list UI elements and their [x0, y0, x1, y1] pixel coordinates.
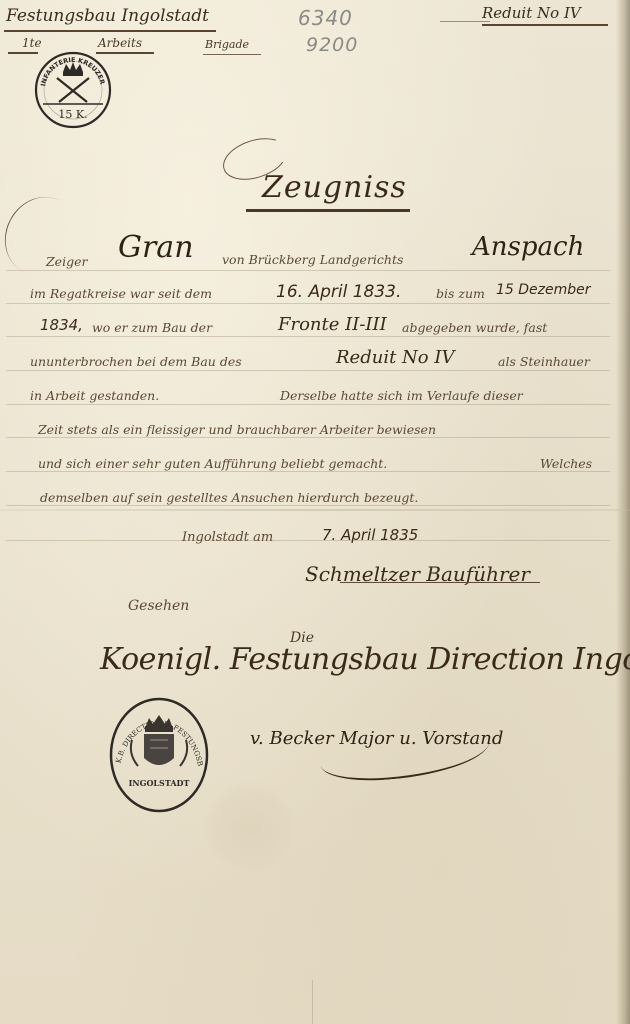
seen-note: Gesehen [128, 598, 189, 614]
body-text: und sich einer sehr guten Aufführung bel… [38, 456, 387, 471]
tax-stamp: INFANTERIE KREUZER 15 K. [33, 50, 113, 130]
document-page: Festungsbau Ingolstadt 1te Arbeits Briga… [0, 0, 630, 1024]
ruled-line [6, 505, 610, 506]
issue-date: 7. April 1835 [322, 526, 418, 544]
crowned-coat-of-arms-icon: K.B. DIRECTION D. FESTUNGSBAUES INGOLSTA… [108, 696, 210, 814]
pencil-number: 9200 [306, 34, 358, 56]
authority-name: Koenigl. Festungsbau Direction Ingolstad… [100, 642, 630, 677]
page-edge-shadow [616, 0, 630, 1024]
fronte-label: Fronte II-III [278, 314, 387, 335]
place-of-issue: Ingolstadt am [182, 530, 273, 545]
ruled-line [6, 437, 610, 438]
body-text: Zeiger [46, 254, 87, 269]
body-text: abgegeben wurde, fast [402, 320, 547, 335]
ruled-line [6, 370, 610, 371]
fold-line-horizontal [0, 509, 630, 511]
date-start: 16. April 1833. [276, 282, 401, 302]
ruled-line [6, 471, 610, 472]
document-title: Zeugniss [262, 170, 407, 205]
place-name: Anspach [472, 232, 584, 262]
svg-text:INGOLSTADT: INGOLSTADT [129, 778, 190, 788]
year: 1834, [40, 316, 83, 334]
ruled-line [6, 404, 610, 405]
crown-crossed-swords-icon: INFANTERIE KREUZER 15 K. [33, 50, 113, 130]
reference-reduit: Reduit No IV [482, 4, 581, 22]
body-text: bis zum [436, 286, 485, 301]
body-text: Welches [540, 456, 592, 471]
ruled-line [6, 540, 610, 541]
header-brigade: Brigade [205, 38, 249, 51]
fold-line-vertical [312, 980, 313, 1024]
body-text: wo er zum Bau der [92, 320, 212, 335]
header-arbeits: Arbeits [98, 36, 142, 50]
ruled-line [6, 303, 610, 304]
body-text: Derselbe hatte sich im Verlaufe dieser [280, 388, 523, 403]
ruled-line [6, 336, 610, 337]
body-text: als Steinhauer [498, 354, 590, 369]
body-text: von Brückberg Landgerichts [222, 252, 403, 267]
person-name: Gran [118, 230, 194, 265]
body-text: in Arbeit gestanden. [30, 388, 159, 403]
faded-stamp-imprint [205, 780, 295, 875]
header-brigade-number: 1te [22, 36, 42, 50]
pencil-number: 6340 [298, 6, 353, 30]
date-end: 15 Dezember [496, 282, 591, 298]
reference-underline [482, 24, 608, 26]
header-underline [4, 30, 216, 32]
signature-underline [340, 582, 540, 583]
initial-flourish [0, 184, 92, 288]
title-underline [246, 209, 410, 212]
header-underline [203, 54, 261, 55]
body-text: im Regatkreise war seit dem [30, 286, 212, 301]
svg-text:15 K.: 15 K. [58, 108, 87, 121]
header-title: Festungsbau Ingolstadt [6, 6, 209, 26]
reduit-label: Reduit No IV [336, 347, 454, 368]
body-text: ununterbrochen bei dem Bau des [30, 354, 242, 369]
ruled-line [6, 270, 610, 271]
body-text: demselben auf sein gestelltes Ansuchen h… [40, 490, 418, 505]
body-text: Zeit stets als ein fleissiger und brauch… [38, 422, 436, 437]
official-seal: K.B. DIRECTION D. FESTUNGSBAUES INGOLSTA… [108, 696, 210, 814]
